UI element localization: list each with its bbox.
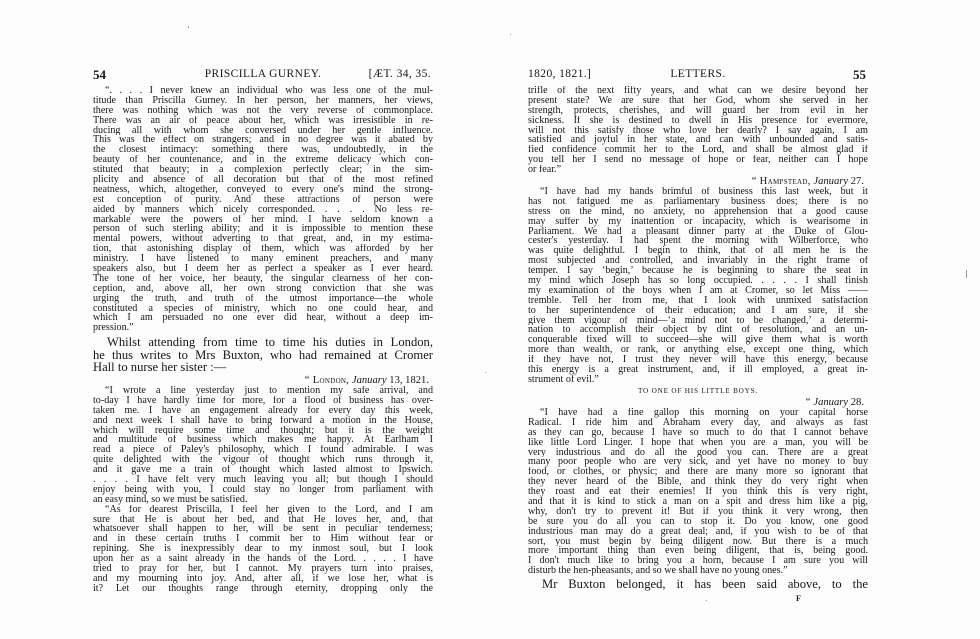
- narrative-paragraph: Whilst attending from time to time his d…: [93, 336, 433, 374]
- letter-to-little-boy: TO ONE OF HIS LITTLE BOYS. “ January 28.…: [528, 381, 868, 576]
- text-line: pression.”: [93, 323, 433, 333]
- text-line: markable were the powers of her mind. I …: [93, 215, 433, 225]
- letter-dateline: “ January 28.: [528, 397, 868, 408]
- text-line: very industrious and do all the good you…: [528, 448, 868, 458]
- quoted-tribute: “. . . . I never knew an individual who …: [93, 86, 433, 333]
- running-head-right: 1820, 1821.] LETTERS. 55: [528, 68, 868, 82]
- scan-speck: [510, 34, 511, 35]
- text-line: taken me. I have an engagement already f…: [93, 406, 433, 416]
- text-line: most subjected and controlled, and invar…: [528, 256, 868, 266]
- text-line: will not this satisfy those who love her…: [528, 126, 868, 136]
- left-page: 54 PRISCILLA GURNEY. [ÆT. 34, 35. “. . .…: [93, 0, 438, 639]
- age-note: [ÆT. 34, 35.: [369, 68, 431, 80]
- text-line: aided by manners which nicely correspond…: [93, 205, 433, 215]
- scan-speck: [188, 26, 189, 28]
- text-line: tried to pray for her, but I cannot. My …: [93, 564, 433, 574]
- text-line: repining. She is inexpressibly dear to m…: [93, 544, 433, 554]
- text-line: if they have not, I trust they never wil…: [528, 355, 868, 365]
- text-line: est conception of purity. And these attr…: [93, 195, 433, 205]
- text-line: person of such sterling ability; and it …: [93, 224, 433, 234]
- text-line: “I wrote a line yesterday just to mentio…: [93, 386, 433, 396]
- text-line: to-day I have hardly time for more, for …: [93, 396, 433, 406]
- text-line: may suffer by my inattention or incapaci…: [528, 217, 868, 227]
- text-line: it? Let our thoughts range through etern…: [93, 584, 433, 594]
- text-line: industrious man may do a great deal; and…: [528, 527, 868, 537]
- text-line: and multitude of business which makes me…: [93, 435, 433, 445]
- text-line: disturb the hen-pheasants, and so we sha…: [528, 566, 868, 576]
- text-line: Hall to nurse her sister :—: [93, 361, 433, 374]
- right-page: 1820, 1821.] LETTERS. 55 trifle of the n…: [528, 0, 873, 639]
- text-line: trifle of the next fifty years, and what…: [528, 86, 868, 96]
- closing-paragraph: Mr Buxton belonged, it has been said abo…: [528, 578, 868, 591]
- text-line: present state? We are sure that her God,…: [528, 96, 868, 106]
- text-line: many poor people who are very sick, and …: [528, 457, 868, 467]
- dateline-month: January: [352, 375, 387, 386]
- text-line: he thus writes to Mrs Buxton, who had re…: [93, 349, 433, 362]
- text-line: Mr Buxton belonged, it has been said abo…: [528, 578, 868, 591]
- text-line: This was the effect on strangers; and in…: [93, 135, 433, 145]
- text-line: was quite delightful. I begin to think, …: [528, 246, 868, 256]
- text-line: the closest intimacy: something there wa…: [93, 145, 433, 155]
- text-line: sort, you must begin by being diligent n…: [528, 537, 868, 547]
- text-line: “. . . . I never knew an individual who …: [93, 86, 433, 96]
- dateline-day: 13, 1821.: [389, 375, 429, 386]
- text-line: why, don't try to prevent it! But if you…: [528, 507, 868, 517]
- running-head-left: 54 PRISCILLA GURNEY. [ÆT. 34, 35.: [93, 68, 433, 82]
- text-line: they never heard of the Bible, and think…: [528, 477, 868, 487]
- text-line: neatness, which, altogether, conveyed to…: [93, 185, 433, 195]
- dateline-place: “ Hampstead,: [752, 176, 811, 187]
- text-line: fied confidence commit her to the Lord, …: [528, 145, 868, 155]
- text-line: cester's yesterday. I had spent the morn…: [528, 236, 868, 246]
- text-line: to her superintendence of their educatio…: [528, 306, 868, 316]
- text-line: ception, and, above all, her own strong …: [93, 284, 433, 294]
- text-line: and my mourning into joy. And, after all…: [93, 574, 433, 584]
- text-line: or fear.”: [528, 165, 868, 175]
- text-line: as they can go, because I have so much t…: [528, 428, 868, 438]
- scan-speck: [706, 600, 707, 601]
- signature-mark: F: [796, 594, 801, 603]
- text-line: more important thing than even being dil…: [528, 546, 868, 556]
- text-line: Whilst attending from time to time his d…: [93, 336, 433, 349]
- text-line: satisfied and joyful in her state, and c…: [528, 135, 868, 145]
- text-line: tremble. Tell her from me, that I look w…: [528, 296, 868, 306]
- text-line: and in these certain truths I commit her…: [93, 534, 433, 544]
- text-line: sickness. If she is destined to dwell in…: [528, 116, 868, 126]
- text-line: Radical. I ride him and Abraham every da…: [528, 418, 868, 428]
- text-line: “I have had a fine gallop this morning o…: [528, 408, 868, 418]
- letter-dateline: “ London, January 13, 1821.: [93, 375, 433, 386]
- running-title: LETTERS.: [528, 68, 868, 80]
- letter-dateline: “ Hampstead, January 27.: [528, 176, 868, 187]
- text-line: which will require some time and thought…: [93, 426, 433, 436]
- dateline-place: “ London,: [305, 375, 349, 386]
- text-line: give them vigour of mind—‘a mind not to …: [528, 316, 868, 326]
- text-line: upon her as a saint already in the hands…: [93, 554, 433, 564]
- text-line: “I have had my hands brimful of business…: [528, 187, 868, 197]
- scan-speck: [485, 372, 486, 373]
- text-line: stituted that beauty; in a complexion pe…: [93, 165, 433, 175]
- text-line: has not fatigued me as parliamentary bus…: [528, 197, 868, 207]
- text-line: my mind which Joseph has so long occupie…: [528, 276, 868, 286]
- text-line: “As for dearest Priscilla, I feel her gi…: [93, 505, 433, 515]
- letter-continuation: trifle of the next fifty years, and what…: [528, 86, 868, 175]
- text-line: whatsoever shall happen to her, will be …: [93, 524, 433, 534]
- letter-london: “ London, January 13, 1821. “I wrote a l…: [93, 375, 433, 594]
- text-line: strength, protects, cherishes, and will …: [528, 106, 868, 116]
- text-line: Parliament. We had a pleasant dinner par…: [528, 227, 868, 237]
- section-subheading: TO ONE OF HIS LITTLE BOYS.: [528, 385, 868, 397]
- text-line: nation to accomplish their object by din…: [528, 325, 868, 335]
- text-line: read a piece of Paley's philosophy, whic…: [93, 445, 433, 455]
- text-line: like little Lord Linger. I hope that whe…: [528, 438, 868, 448]
- scan-speck: [966, 270, 967, 278]
- text-line: plicity and absence of all decoration bu…: [93, 175, 433, 185]
- text-line: my examination of the boys when I am at …: [528, 286, 868, 296]
- text-line: beauty of her countenance, and in the ex…: [93, 155, 433, 165]
- text-line: ducing all with whom she conversed under…: [93, 126, 433, 136]
- text-line: stress on the mind, no anxiety, no appre…: [528, 207, 868, 217]
- text-line: . . . . I have felt very much leaving yo…: [93, 475, 433, 485]
- text-line: which I am persuaded no one ever did hea…: [93, 313, 433, 323]
- dateline-month: January: [813, 397, 848, 408]
- text-line: tion, that astonishing display of them, …: [93, 244, 433, 254]
- text-line: sure that He is about her bed, and that …: [93, 515, 433, 525]
- text-line: There was an air of peace about her, whi…: [93, 116, 433, 126]
- text-line: I don't much like to bring you a horn, b…: [528, 556, 868, 566]
- text-line: and that it is kind to stick a man on a …: [528, 497, 868, 507]
- letter-hampstead: “ Hampstead, January 27. “I have had my …: [528, 176, 868, 385]
- text-line: mental powers, without adverting to that…: [93, 234, 433, 244]
- text-line: there was nothing which was not the very…: [93, 106, 433, 116]
- text-line: constituted a species of ministry, which…: [93, 304, 433, 314]
- text-line: urging the truth, and truth of the utmos…: [93, 294, 433, 304]
- text-line: an easy mind, so we must be satisfied.: [93, 495, 433, 505]
- page-number: 55: [853, 67, 866, 83]
- text-line: temper. I say ‘begin,’ because he is beg…: [528, 266, 868, 276]
- text-line: food, or clothes, or physic; and there a…: [528, 467, 868, 477]
- text-line: The tone of her voice, her beauty, the s…: [93, 274, 433, 284]
- text-line: speakers also, but I deem her as perfect…: [93, 264, 433, 274]
- text-line: they roast and eat their enemies! If you…: [528, 487, 868, 497]
- text-line: and it gave me a train of thought which …: [93, 465, 433, 475]
- text-line: enjoy being with you, I could stay no lo…: [93, 485, 433, 495]
- dateline-place: “: [806, 397, 811, 408]
- text-line: you tell her I send no message of hope o…: [528, 155, 868, 165]
- text-line: ministry. I have listened to many eminen…: [93, 254, 433, 264]
- text-line: titude than Priscilla Gurney. In her per…: [93, 96, 433, 106]
- text-line: quite delighted with the vigour of thoug…: [93, 455, 433, 465]
- text-line: and next week I shall have to bring forw…: [93, 416, 433, 426]
- text-line: more than wealth, or rank, or anything e…: [528, 345, 868, 355]
- dateline-month: January: [813, 176, 848, 187]
- text-line: be sure you do all you can to stop it. D…: [528, 517, 868, 527]
- dateline-day: 27.: [851, 176, 864, 187]
- text-line: conquerable fixed will to succeed—she wi…: [528, 335, 868, 345]
- text-line: this energy is a great instrument, and, …: [528, 365, 868, 375]
- dateline-day: 28.: [851, 397, 864, 408]
